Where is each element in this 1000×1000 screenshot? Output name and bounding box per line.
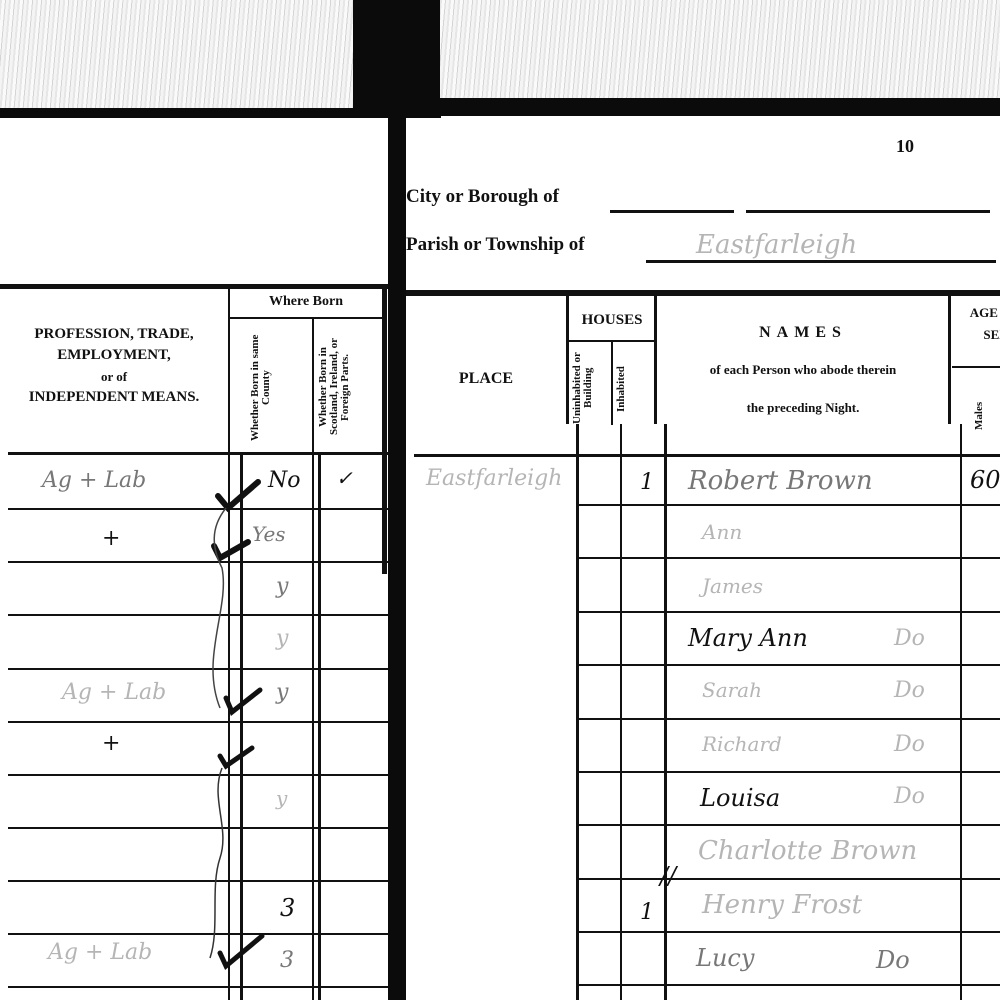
scan-background-right — [440, 0, 1000, 100]
name-cell: Robert Brown — [688, 466, 873, 496]
born-same-county-header: Whether Born in same County — [250, 328, 290, 448]
name-cell: Lucy — [696, 944, 754, 972]
city-borough-field: City or Borough of — [406, 186, 1000, 216]
page-gutter-top — [353, 0, 441, 118]
checkmark-brace-icon — [190, 458, 280, 1000]
ditto-cell: Do — [894, 784, 925, 809]
ditto-cell: Do — [894, 732, 925, 757]
folio-number: 10 — [896, 136, 914, 157]
same-county-cell: 3 — [280, 948, 294, 973]
name-cell: Louisa — [700, 784, 780, 812]
names-header: NAMES — [658, 324, 948, 342]
name-cell: Ann — [702, 520, 742, 544]
same-county-cell: 3 — [280, 894, 295, 922]
profession-header-line: INDEPENDENT MEANS. — [0, 387, 228, 408]
ditto-cell: Do — [876, 946, 910, 974]
name-cell: Richard — [702, 732, 782, 756]
where-born-header: Where Born — [230, 294, 382, 310]
names-subheader-line-2: the preceding Night. — [658, 400, 948, 416]
profession-cell: Ag + Lab — [62, 680, 166, 705]
inhabited-cell: 1 — [640, 470, 654, 495]
profession-header-line: or of — [0, 366, 228, 387]
name-cell: Mary Ann — [688, 624, 808, 652]
page-gutter — [388, 118, 406, 1000]
place-header: PLACE — [406, 370, 566, 388]
household-separator-mark: // — [660, 862, 676, 890]
parish-township-field: Parish or Township of Eastfarleigh — [406, 234, 1000, 264]
parish-township-value: Eastfarleigh — [696, 230, 857, 260]
profession-cell: + — [102, 526, 120, 551]
scan-background-left — [0, 0, 355, 110]
houses-header: HOUSES — [569, 312, 655, 329]
uninhabited-header: Uninhabited or Building — [572, 348, 608, 428]
age-sex-header: AGE and SEX — [956, 302, 1000, 346]
parish-township-label: Parish or Township of — [406, 234, 585, 255]
right-page: 10 City or Borough of Parish or Township… — [406, 116, 1000, 1000]
name-cell: Sarah — [702, 678, 762, 702]
males-header: Males — [974, 396, 994, 436]
profession-header-line: PROFESSION, TRADE, — [0, 324, 228, 345]
inhabited-cell: 1 — [640, 900, 654, 925]
place-cell: Eastfarleigh — [426, 466, 562, 491]
foreign-parts-cell: ✓ — [336, 466, 353, 490]
page-top-edge-right — [440, 98, 1000, 116]
page-top-edge-left — [0, 108, 355, 118]
profession-cell: Ag + Lab — [48, 940, 152, 965]
ditto-cell: Do — [894, 626, 925, 651]
age-male-cell: 60 — [970, 466, 1000, 494]
name-cell: James — [702, 574, 763, 598]
name-cell: Henry Frost — [702, 890, 862, 920]
city-borough-label: City or Borough of — [406, 186, 559, 207]
names-subheader-line-1: of each Person who abode therein — [658, 362, 948, 378]
left-page: PROFESSION, TRADE, EMPLOYMENT, or of IND… — [0, 118, 388, 1000]
profession-header-line: EMPLOYMENT, — [0, 345, 228, 366]
profession-header: PROFESSION, TRADE, EMPLOYMENT, or of IND… — [0, 324, 228, 408]
profession-cell: Ag + Lab — [42, 468, 146, 493]
profession-cell: + — [102, 731, 120, 756]
inhabited-header: Inhabited — [616, 352, 650, 426]
ditto-cell: Do — [894, 678, 925, 703]
born-scotland-header: Whether Born in Scotland, Ireland, or Fo… — [318, 324, 376, 450]
name-cell: Charlotte Brown — [698, 836, 917, 866]
